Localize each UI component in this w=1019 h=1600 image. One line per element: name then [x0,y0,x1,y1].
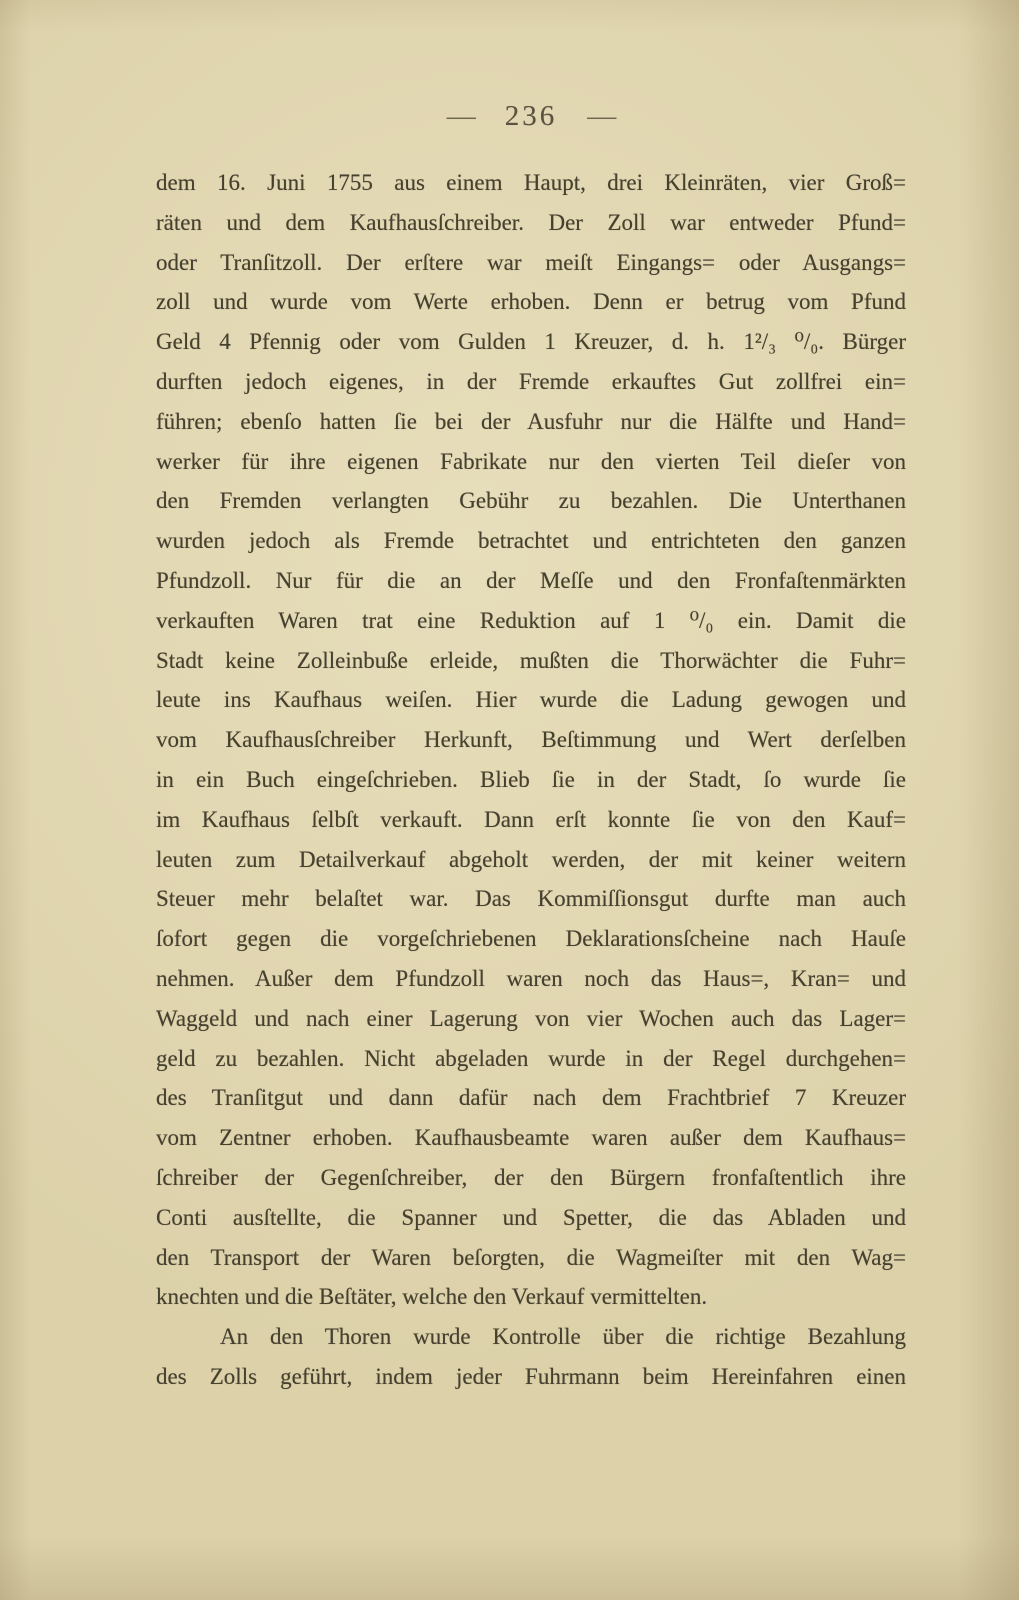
text-line-p1-26: ſchreiber der Gegenſchreiber, der den Bü… [156,1158,906,1198]
page-header: —236— [156,100,906,133]
text-line-p2-2: des Zolls geführt, indem jeder Fuhrmann … [156,1357,906,1397]
text-line-p1-19: Steuer mehr belaſtet war. Das Kommiſſion… [156,879,906,919]
header-right-dash: — [587,100,615,132]
text-line-p1-9: den Fremden verlangten Gebühr zu bezahle… [156,481,906,521]
text-line-p1-29: knechten und die Beſtäter, welche den Ve… [156,1277,906,1317]
text-line-p1-25: vom Zentner erhoben. Kaufhausbeamte ware… [156,1118,906,1158]
page-number: 236 [505,100,558,132]
text-line-p1-21: nehmen. Außer dem Pfundzoll waren noch d… [156,959,906,999]
text-line-p1-23: geld zu bezahlen. Nicht abgeladen wurde … [156,1039,906,1079]
text-line-p1-15: vom Kaufhausſchreiber Herkunft, Beſtimmu… [156,720,906,760]
header-left-dash: — [447,100,475,132]
page-text: dem 16. Juni 1755 aus einem Haupt, drei … [156,163,906,1397]
text-line-p1-24: des Tranſitgut und dann dafür nach dem F… [156,1078,906,1118]
text-line-p1-4: zoll und wurde vom Werte erhoben. Denn e… [156,282,906,322]
text-line-p2-1: An den Thoren wurde Kontrolle über die r… [156,1317,906,1357]
text-line-p1-13: Stadt keine Zolleinbuße erleide, mußten … [156,641,906,681]
text-line-p1-22: Waggeld und nach einer Lagerung von vier… [156,999,906,1039]
text-line-p1-10: wurden jedoch als Fremde betrachtet und … [156,521,906,561]
text-line-p1-17: im Kaufhaus ſelbſt verkauft. Dann erſt k… [156,800,906,840]
text-line-p1-6: durften jedoch eigenes, in der Fremde er… [156,362,906,402]
text-line-p1-28: den Transport der Waren beſorgten, die W… [156,1238,906,1278]
text-line-p1-11: Pfundzoll. Nur für die an der Meſſe und … [156,561,906,601]
scanned-book-page: —236— dem 16. Juni 1755 aus einem Haupt,… [0,0,1019,1600]
text-line-p1-12: verkauften Waren trat eine Reduktion auf… [156,601,906,641]
text-line-p1-14: leute ins Kaufhaus weiſen. Hier wurde di… [156,680,906,720]
text-line-p1-3: oder Tranſitzoll. Der erſtere war meiſt … [156,243,906,283]
text-line-p1-7: führen; ebenſo hatten ſie bei der Ausfuh… [156,402,906,442]
text-line-p1-16: in ein Buch eingeſchrieben. Blieb ſie in… [156,760,906,800]
text-line-p1-2: räten und dem Kaufhausſchreiber. Der Zol… [156,203,906,243]
text-line-p1-18: leuten zum Detailverkauf abgeholt werden… [156,840,906,880]
text-line-p1-1: dem 16. Juni 1755 aus einem Haupt, drei … [156,163,906,203]
text-line-p1-27: Conti ausſtellte, die Spanner und Spette… [156,1198,906,1238]
text-line-p1-20: ſofort gegen die vorgeſchriebenen Deklar… [156,919,906,959]
text-line-p1-5: Geld 4 Pfennig oder vom Gulden 1 Kreuzer… [156,322,906,362]
text-line-p1-8: werker für ihre eigenen Fabrikate nur de… [156,442,906,482]
